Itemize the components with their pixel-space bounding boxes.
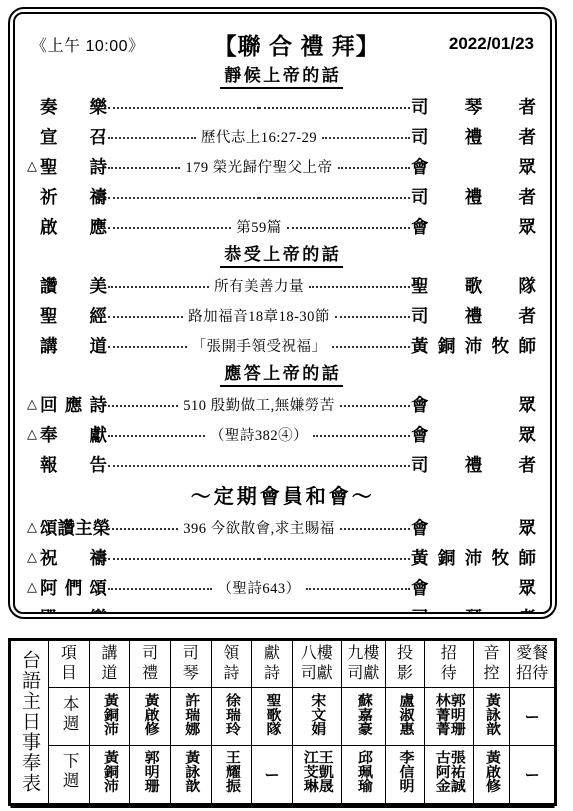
duty-cell: 李信明	[386, 745, 425, 803]
row-leader: 歷代志上16:27-29	[108, 126, 410, 147]
duty-name: 黃啟修	[484, 751, 499, 794]
duty-cell: 張祐誠古阿金	[424, 745, 473, 803]
duty-names: 張祐誠古阿金	[434, 749, 464, 794]
empty-dash: ー	[525, 768, 540, 784]
duty-cell: 盧淑惠	[386, 688, 425, 746]
empty-dash: ー	[265, 768, 280, 784]
duty-names: 黃詠歆	[183, 749, 198, 794]
duty-cell: 邱珮瑜	[341, 745, 386, 803]
dotted-leader	[108, 346, 187, 348]
row-label: 祝禱	[40, 545, 107, 570]
duty-names: 郭明珊林菁菁	[434, 692, 464, 737]
duty-col-header: 愛餐 招待	[510, 641, 554, 688]
duty-table-title: 台語主日事奉表	[20, 650, 39, 794]
dotted-leader	[108, 107, 259, 109]
row-middle-text: 第59篇	[231, 216, 287, 237]
duty-col-header: 獻 詩	[252, 641, 293, 688]
row-leader	[108, 555, 410, 560]
program-row: △阿們頌（聖詩643）會眾	[27, 572, 536, 602]
duty-cell: 黃詠歆	[473, 688, 510, 746]
duty-names: 邱珮瑜	[356, 749, 371, 794]
duty-table-title-cell: 台語主日事奉表	[11, 641, 49, 803]
duty-cell: ー	[252, 745, 293, 803]
row-leader: 路加福音18章18-30節	[108, 305, 410, 326]
dotted-leader	[338, 167, 410, 169]
duty-names: 黃銅沛	[102, 749, 117, 794]
duty-cell: 郭明珊林菁菁	[424, 688, 473, 746]
row-middle-text: 歷代志上16:27-29	[196, 126, 322, 147]
duty-cell: 許瑞娜	[170, 688, 211, 746]
program-box-inner: 《上午 10:00》 【聯 合 禮 拜】 2022/01/23 靜候上帝的話奏樂…	[13, 12, 552, 614]
program-row: 宣召歷代志上16:27-29司禮者	[27, 121, 536, 151]
dotted-leader	[108, 528, 178, 530]
duty-name: 黃銅沛	[102, 693, 117, 736]
program-row: 奏樂司琴者	[27, 91, 536, 121]
duty-col-header: 領 詩	[211, 641, 252, 688]
program-row: 聖經路加福音18章18-30節司禮者	[27, 300, 536, 330]
row-middle-text: 179 榮光歸佇聖父上帝	[180, 156, 337, 177]
duty-cell: ー	[510, 688, 554, 746]
row-assignee: 司琴者	[411, 94, 536, 119]
row-label: 讚美	[40, 273, 107, 298]
duty-cell: 蘇嘉豪	[341, 688, 386, 746]
duty-name: 蘇嘉豪	[356, 693, 371, 736]
duty-names: 王耀振	[224, 749, 239, 794]
row-label: 祈禱	[40, 184, 107, 209]
row-assignee: 會眾	[411, 422, 536, 447]
row-assignee: 黃銅沛牧師	[411, 545, 536, 570]
duty-name: 盧淑惠	[398, 693, 413, 736]
duty-name: 黃啟修	[143, 693, 158, 736]
dotted-leader	[259, 107, 410, 109]
dotted-leader	[108, 405, 178, 407]
dotted-leader	[259, 465, 410, 467]
duty-name: 王凱晟	[317, 751, 332, 794]
program-row: △回應詩510 殷勤做工,無嫌勞苦會眾	[27, 389, 536, 419]
program-section: 恭受上帝的話讚美所有美善力量聖歌隊聖經路加福音18章18-30節司禮者講道「張開…	[27, 244, 536, 360]
duty-name: 張祐誠	[449, 751, 464, 794]
row-label: 阿們頌	[40, 575, 107, 600]
row-prefix-triangle: △	[27, 396, 40, 412]
dotted-leader	[108, 435, 205, 437]
row-leader: （聖詩643）	[108, 577, 410, 598]
duty-col-header: 八樓 司獻	[292, 641, 341, 688]
row-label: 聖詩	[40, 154, 107, 179]
duty-col-header: 招 待	[424, 641, 473, 688]
row-middle-text: 「張開手領受祝福」	[187, 335, 332, 356]
row-leader: （聖詩382④）	[108, 424, 410, 445]
duty-names: 聖歌隊	[265, 692, 280, 737]
dotted-leader	[108, 588, 212, 590]
row-middle-text: 所有美善力量	[209, 275, 309, 296]
duty-row-label-cell: 本週	[49, 688, 89, 746]
duty-cell: 徐瑞玲	[211, 688, 252, 746]
duty-grid: 項 目講 道司 禮司 琴領 詩獻 詩八樓 司獻九樓 司獻投 影招 待音 控愛餐 …	[49, 641, 554, 803]
duty-name: 邱珮瑜	[356, 751, 371, 794]
service-date: 2022/01/23	[449, 34, 534, 54]
duty-names: 黃啟修	[143, 692, 158, 737]
page-title: 【聯 合 禮 拜】	[214, 28, 380, 61]
duty-name: 許瑞娜	[183, 693, 198, 736]
duty-cell: 黃銅沛	[89, 688, 130, 746]
row-label: 奉獻	[40, 422, 107, 447]
row-leader	[108, 194, 410, 199]
row-middle-text: （聖詩382④）	[205, 424, 313, 445]
duty-name: 古阿金	[434, 751, 449, 794]
duty-name: 宋文娟	[309, 693, 324, 736]
dotted-leader	[108, 316, 183, 318]
program-header: 《上午 10:00》 【聯 合 禮 拜】 2022/01/23	[31, 26, 534, 62]
row-label: 頌讚主榮	[40, 515, 107, 540]
program-section: ～定期會員和會～△頌讚主榮396 今欲散會,求主賜福會眾△祝禱黃銅沛牧師△阿們頌…	[27, 484, 536, 614]
dotted-leader	[340, 528, 410, 530]
program-row: △聖詩179 榮光歸佇聖父上帝會眾	[27, 151, 536, 181]
duty-row-label: 下週	[61, 752, 78, 791]
program-row: △奉獻（聖詩382④）會眾	[27, 419, 536, 449]
row-assignee: 會眾	[411, 575, 536, 600]
row-middle-text: （聖詩643）	[212, 577, 305, 598]
program-row: 啟應第59篇會眾	[27, 211, 536, 241]
duty-name: 王耀振	[224, 751, 239, 794]
duty-names: 李信明	[398, 749, 413, 794]
dotted-leader	[309, 286, 410, 288]
duty-names: 黃啟修	[484, 749, 499, 794]
duty-names: 宋文娟	[309, 692, 324, 737]
dotted-leader	[287, 227, 410, 229]
duty-name: 李信明	[398, 751, 413, 794]
duty-name: 林菁菁	[434, 693, 449, 736]
duty-col-header: 音 控	[473, 641, 510, 688]
duty-names: 徐瑞玲	[224, 692, 239, 737]
dotted-leader	[108, 197, 259, 199]
row-label: 啟應	[40, 214, 107, 239]
duty-col-header: 講 道	[89, 641, 130, 688]
row-middle-text: 路加福音18章18-30節	[183, 305, 335, 326]
duty-name: 郭明珊	[449, 693, 464, 736]
row-middle-text: 510 殷勤做工,無嫌勞苦	[178, 394, 340, 415]
row-label: 回應詩	[40, 392, 107, 417]
section-header: 應答上帝的話	[220, 363, 344, 387]
row-prefix-triangle: △	[27, 158, 40, 174]
dotted-leader	[335, 316, 410, 318]
row-assignee: 司禮者	[411, 452, 536, 477]
program-row: △祝禱黃銅沛牧師	[27, 542, 536, 572]
duty-col-header: 投 影	[386, 641, 425, 688]
row-label: 講道	[40, 333, 107, 358]
row-leader	[108, 462, 410, 467]
row-label: 聖經	[40, 303, 107, 328]
duty-name: 黃銅沛	[102, 751, 117, 794]
dotted-leader	[108, 227, 231, 229]
dotted-leader	[108, 137, 196, 139]
row-leader: 396 今欲散會,求主賜福	[108, 517, 410, 538]
row-label: 宣召	[40, 124, 107, 149]
duty-name: 黃詠歆	[183, 751, 198, 794]
row-leader: 「張開手領受祝福」	[108, 335, 410, 356]
duty-row-label-cell: 下週	[49, 745, 89, 803]
duty-cell: 黃銅沛	[89, 745, 130, 803]
row-middle-text: 396 今欲散會,求主賜福	[178, 517, 340, 538]
dotted-leader	[108, 167, 180, 169]
row-leader: 510 殷勤做工,無嫌勞苦	[108, 394, 410, 415]
row-assignee: 聖歌隊	[411, 273, 536, 298]
duty-cell: 黃啟修	[130, 688, 171, 746]
duty-name: 江芠琳	[302, 751, 317, 794]
program-section: 應答上帝的話△回應詩510 殷勤做工,無嫌勞苦會眾△奉獻（聖詩382④）會眾報告…	[27, 363, 536, 479]
duty-col-header: 司 琴	[170, 641, 211, 688]
row-assignee: 司禮者	[411, 124, 536, 149]
duty-table: 台語主日事奉表 項 目講 道司 禮司 琴領 詩獻 詩八樓 司獻九樓 司獻投 影招…	[8, 638, 557, 806]
duty-names: 王凱晟江芠琳	[302, 749, 332, 794]
dotted-leader	[108, 465, 259, 467]
dotted-leader	[306, 588, 410, 590]
duty-names: 黃銅沛	[102, 692, 117, 737]
dotted-leader	[340, 405, 410, 407]
row-assignee: 黃銅沛牧師	[411, 333, 536, 358]
duty-row: 本週黃銅沛黃啟修許瑞娜徐瑞玲聖歌隊宋文娟蘇嘉豪盧淑惠郭明珊林菁菁黃詠歆ー	[49, 688, 554, 746]
duty-names: 蘇嘉豪	[356, 692, 371, 737]
duty-cell: 王耀振	[211, 745, 252, 803]
duty-cell: 黃詠歆	[170, 745, 211, 803]
row-prefix-triangle: △	[27, 426, 40, 442]
dotted-leader	[259, 197, 410, 199]
duty-name: 黃詠歆	[484, 693, 499, 736]
empty-dash: ー	[525, 710, 540, 726]
duty-cell: 黃啟修	[473, 745, 510, 803]
row-assignee: 司禮者	[411, 303, 536, 328]
row-assignee: 會眾	[411, 214, 536, 239]
program-row: 祈禱司禮者	[27, 181, 536, 211]
dotted-leader	[108, 558, 259, 560]
row-assignee: 會眾	[411, 392, 536, 417]
duty-name: 徐瑞玲	[224, 693, 239, 736]
section-header: 靜候上帝的話	[220, 65, 344, 89]
duty-cell: 王凱晟江芠琳	[292, 745, 341, 803]
program-row: 殿樂司琴者	[27, 602, 536, 614]
service-time: 《上午 10:00》	[31, 33, 145, 56]
duty-name: 郭明珊	[143, 751, 158, 794]
row-leader: 所有美善力量	[108, 275, 410, 296]
row-prefix-triangle: △	[27, 579, 40, 595]
duty-col-header: 司 禮	[130, 641, 171, 688]
dotted-leader	[108, 286, 209, 288]
row-leader: 179 榮光歸佇聖父上帝	[108, 156, 410, 177]
row-prefix-triangle: △	[27, 519, 40, 535]
duty-cell: ー	[510, 745, 554, 803]
duty-row: 下週黃銅沛郭明珊黃詠歆王耀振ー王凱晟江芠琳邱珮瑜李信明張祐誠古阿金黃啟修ー	[49, 745, 554, 803]
duty-name: 聖歌隊	[265, 693, 280, 736]
row-prefix-triangle: △	[27, 549, 40, 565]
duty-cell: 聖歌隊	[252, 688, 293, 746]
duty-cell: 宋文娟	[292, 688, 341, 746]
program-row: 報告司禮者	[27, 449, 536, 479]
row-label: 殿樂	[40, 605, 107, 615]
row-assignee: 司禮者	[411, 184, 536, 209]
row-assignee: 會眾	[411, 154, 536, 179]
section-header: ～定期會員和會～	[186, 484, 377, 510]
row-label: 報告	[40, 452, 107, 477]
row-label: 奏樂	[40, 94, 107, 119]
duty-row-label: 本週	[61, 695, 78, 734]
section-header: 恭受上帝的話	[220, 244, 344, 268]
row-assignee: 會眾	[411, 515, 536, 540]
row-leader	[108, 104, 410, 109]
row-assignee: 司琴者	[411, 605, 536, 615]
program-row: 讚美所有美善力量聖歌隊	[27, 270, 536, 300]
duty-names: 許瑞娜	[183, 692, 198, 737]
dotted-leader	[332, 346, 411, 348]
duty-col-header: 九樓 司獻	[341, 641, 386, 688]
program-sections: 靜候上帝的話奏樂司琴者宣召歷代志上16:27-29司禮者△聖詩179 榮光歸佇聖…	[27, 65, 536, 614]
duty-names: 黃詠歆	[484, 692, 499, 737]
duty-names: 郭明珊	[143, 749, 158, 794]
duty-names: 盧淑惠	[398, 692, 413, 737]
program-box: 《上午 10:00》 【聯 合 禮 拜】 2022/01/23 靜候上帝的話奏樂…	[8, 7, 557, 619]
duty-cell: 郭明珊	[130, 745, 171, 803]
dotted-leader	[322, 137, 410, 139]
row-leader: 第59篇	[108, 216, 410, 237]
dotted-leader	[259, 558, 410, 560]
program-section: 靜候上帝的話奏樂司琴者宣召歷代志上16:27-29司禮者△聖詩179 榮光歸佇聖…	[27, 65, 536, 241]
program-row: 講道「張開手領受祝福」黃銅沛牧師	[27, 330, 536, 360]
program-row: △頌讚主榮396 今欲散會,求主賜福會眾	[27, 512, 536, 542]
duty-col-header: 項 目	[49, 641, 89, 688]
dotted-leader	[313, 435, 410, 437]
duty-header-row: 項 目講 道司 禮司 琴領 詩獻 詩八樓 司獻九樓 司獻投 影招 待音 控愛餐 …	[49, 641, 554, 688]
